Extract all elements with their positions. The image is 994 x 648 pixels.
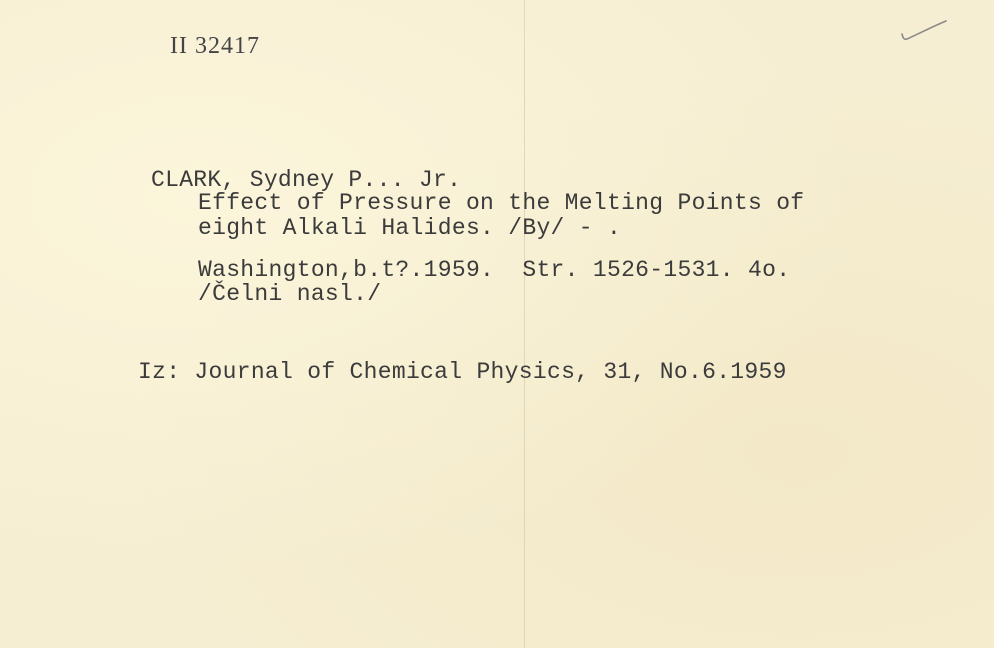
source-citation: Iz: Journal of Chemical Physics, 31, No.… (138, 359, 787, 385)
fold-line (524, 0, 525, 648)
call-number: II 32417 (170, 33, 260, 60)
imprint-line: Washington,b.t?.1959. Str. 1526-1531. 4o… (198, 257, 790, 283)
checkmark-icon (898, 20, 950, 50)
title-line-2: eight Alkali Halides. /By/ - . (198, 215, 621, 241)
title-note: /Čelni nasl./ (198, 281, 381, 307)
catalog-card: II 32417 CLARK, Sydney P... Jr. Effect o… (0, 0, 994, 648)
title-line-1: Effect of Pressure on the Melting Points… (198, 190, 804, 216)
